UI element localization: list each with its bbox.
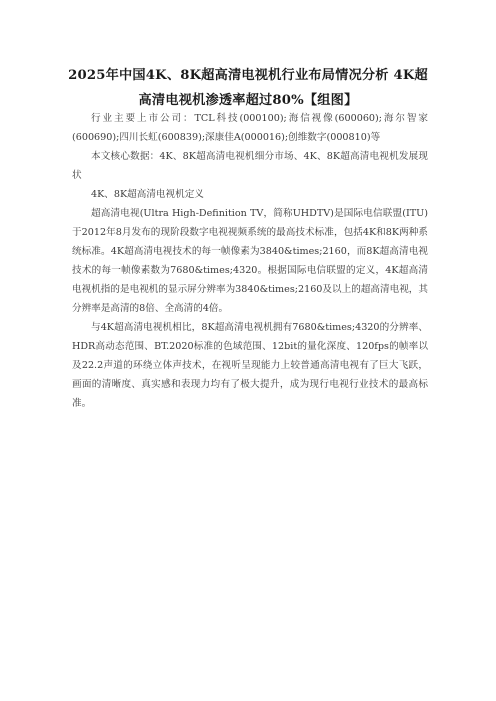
core-data-paragraph: 本文核心数据：4K、8K超高清电视机细分市场、4K、8K超高清电视机发展现状 <box>72 147 428 185</box>
section-heading: 4K、8K超高清电视机定义 <box>72 185 428 204</box>
definition-paragraph: 超高清电视(Ultra High-Definition TV，简称UHDTV)是… <box>72 204 428 318</box>
title-line-1: 2025年中国4K、8K超高清电视机行业布局情况分析 4K超 <box>62 63 434 88</box>
document-body: 行业主要上市公司：TCL科技(000100);海信视像(600060);海尔智家… <box>72 109 428 413</box>
listed-companies-paragraph: 行业主要上市公司：TCL科技(000100);海信视像(600060);海尔智家… <box>72 109 428 147</box>
document-title: 2025年中国4K、8K超高清电视机行业布局情况分析 4K超 高清电视机渗透率超… <box>62 63 434 113</box>
document-page: 2025年中国4K、8K超高清电视机行业布局情况分析 4K超 高清电视机渗透率超… <box>0 0 496 701</box>
comparison-paragraph: 与4K超高清电视机相比，8K超高清电视机拥有7680&times;4320的分辨… <box>72 318 428 413</box>
